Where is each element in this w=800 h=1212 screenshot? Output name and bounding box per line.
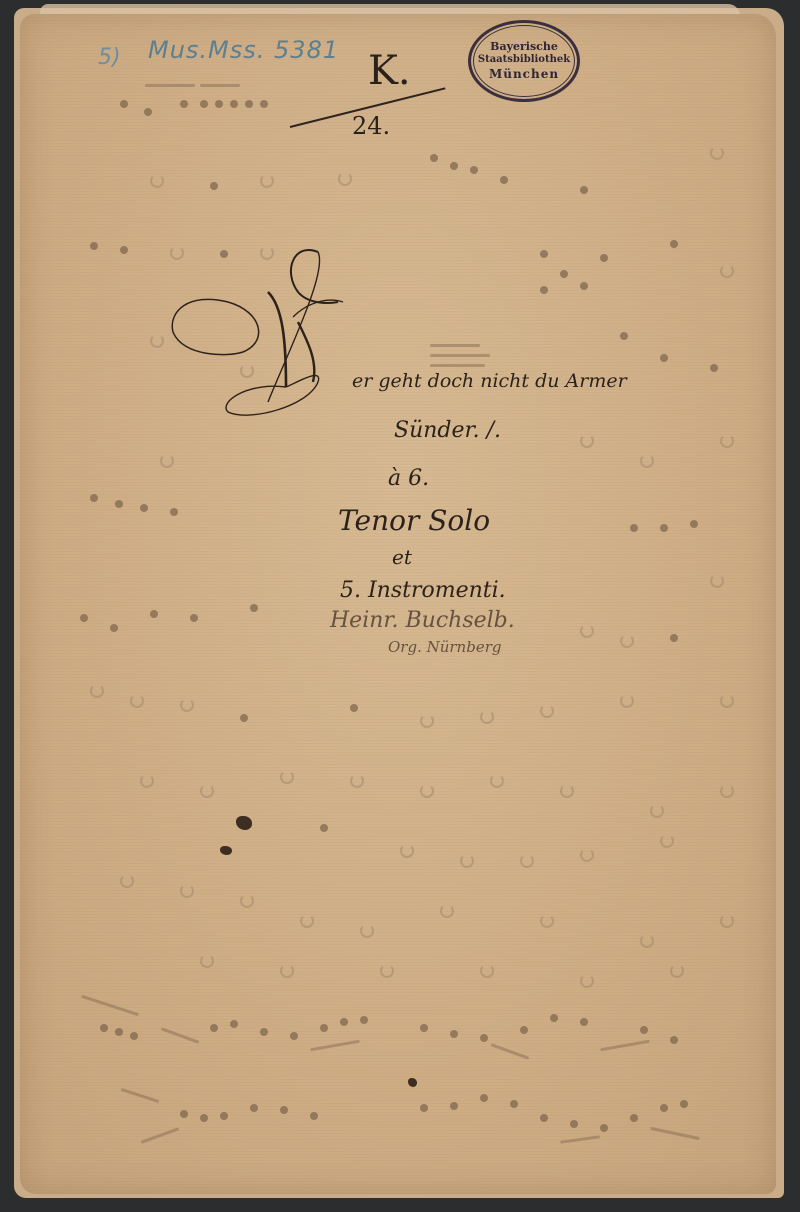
stamp-line-2: Staatsbibliothek [478, 54, 570, 67]
composer-name: Heinr. Buchselb. [330, 608, 515, 633]
title-line-4: Tenor Solo [338, 504, 490, 537]
ink-blot [220, 846, 232, 855]
calligraphic-initial [168, 232, 398, 422]
library-stamp: Bayerische Staatsbibliothek München [468, 20, 580, 102]
bleed-through-notation [20, 14, 776, 1194]
stamp-line-3: München [489, 67, 559, 82]
shelfmark: Mus.Mss. 5381 [148, 36, 339, 64]
ink-blot [236, 816, 252, 830]
title-line-6: 5. Instromenti. [340, 578, 506, 603]
letter-mark: K. [368, 48, 411, 94]
stamp-line-1: Bayerische [490, 40, 558, 54]
title-line-3: à 6. [388, 466, 429, 491]
title-line-2: Sünder. /. [394, 418, 501, 443]
shelfmark-prefix: 5) [98, 45, 121, 70]
number-mark: 24. [352, 112, 390, 140]
composer-location: Org. Nürnberg [388, 638, 501, 656]
title-line-5: et [392, 545, 412, 569]
ink-blot [408, 1078, 417, 1087]
title-line-1: er geht doch nicht du Armer [352, 370, 627, 392]
